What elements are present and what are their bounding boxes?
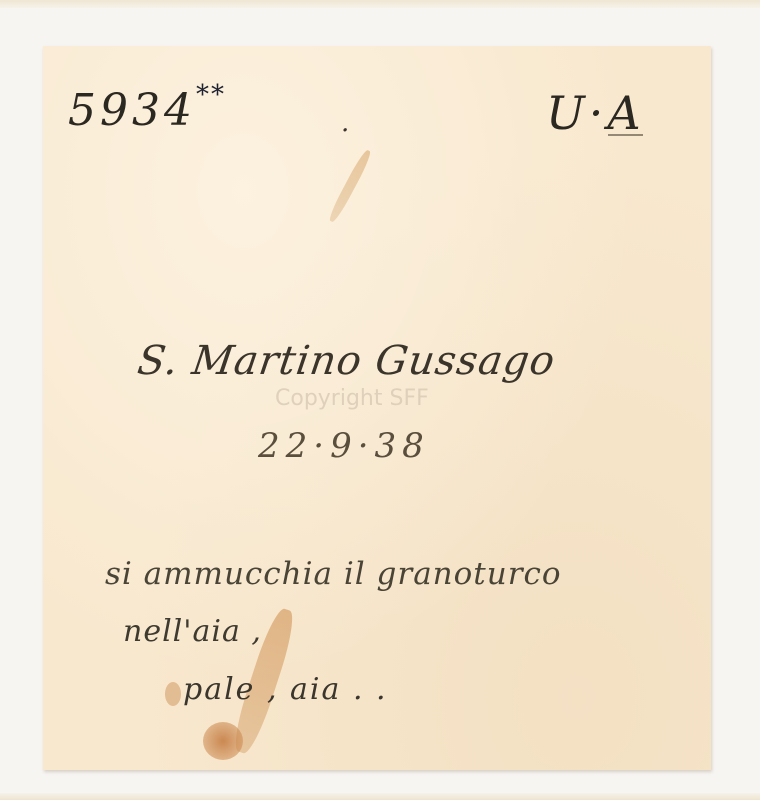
label-card: 5934** . U·A S. Martino Gussago Copyrigh… [43, 46, 711, 770]
date: 22·9·38 [258, 426, 430, 466]
catalog-stars: ** [196, 80, 226, 110]
liquid-stain-small [165, 682, 181, 706]
liquid-stain-blot [203, 722, 243, 760]
dot-mark: . [341, 108, 349, 138]
caption-line: nell'aia , [123, 614, 262, 649]
caption-line: pale , aia . . [183, 672, 388, 707]
bottom-mat-edge [0, 793, 760, 800]
caption-line: si ammucchia il granoturco [105, 556, 562, 592]
top-mat-edge [0, 0, 760, 8]
ink-stain-top [327, 148, 373, 223]
collection-code: U·A [546, 86, 645, 140]
place-name: S. Martino Gussago [135, 338, 559, 384]
catalog-number: 5934** [68, 80, 226, 136]
copyright-watermark: Copyright SFF [275, 386, 429, 411]
